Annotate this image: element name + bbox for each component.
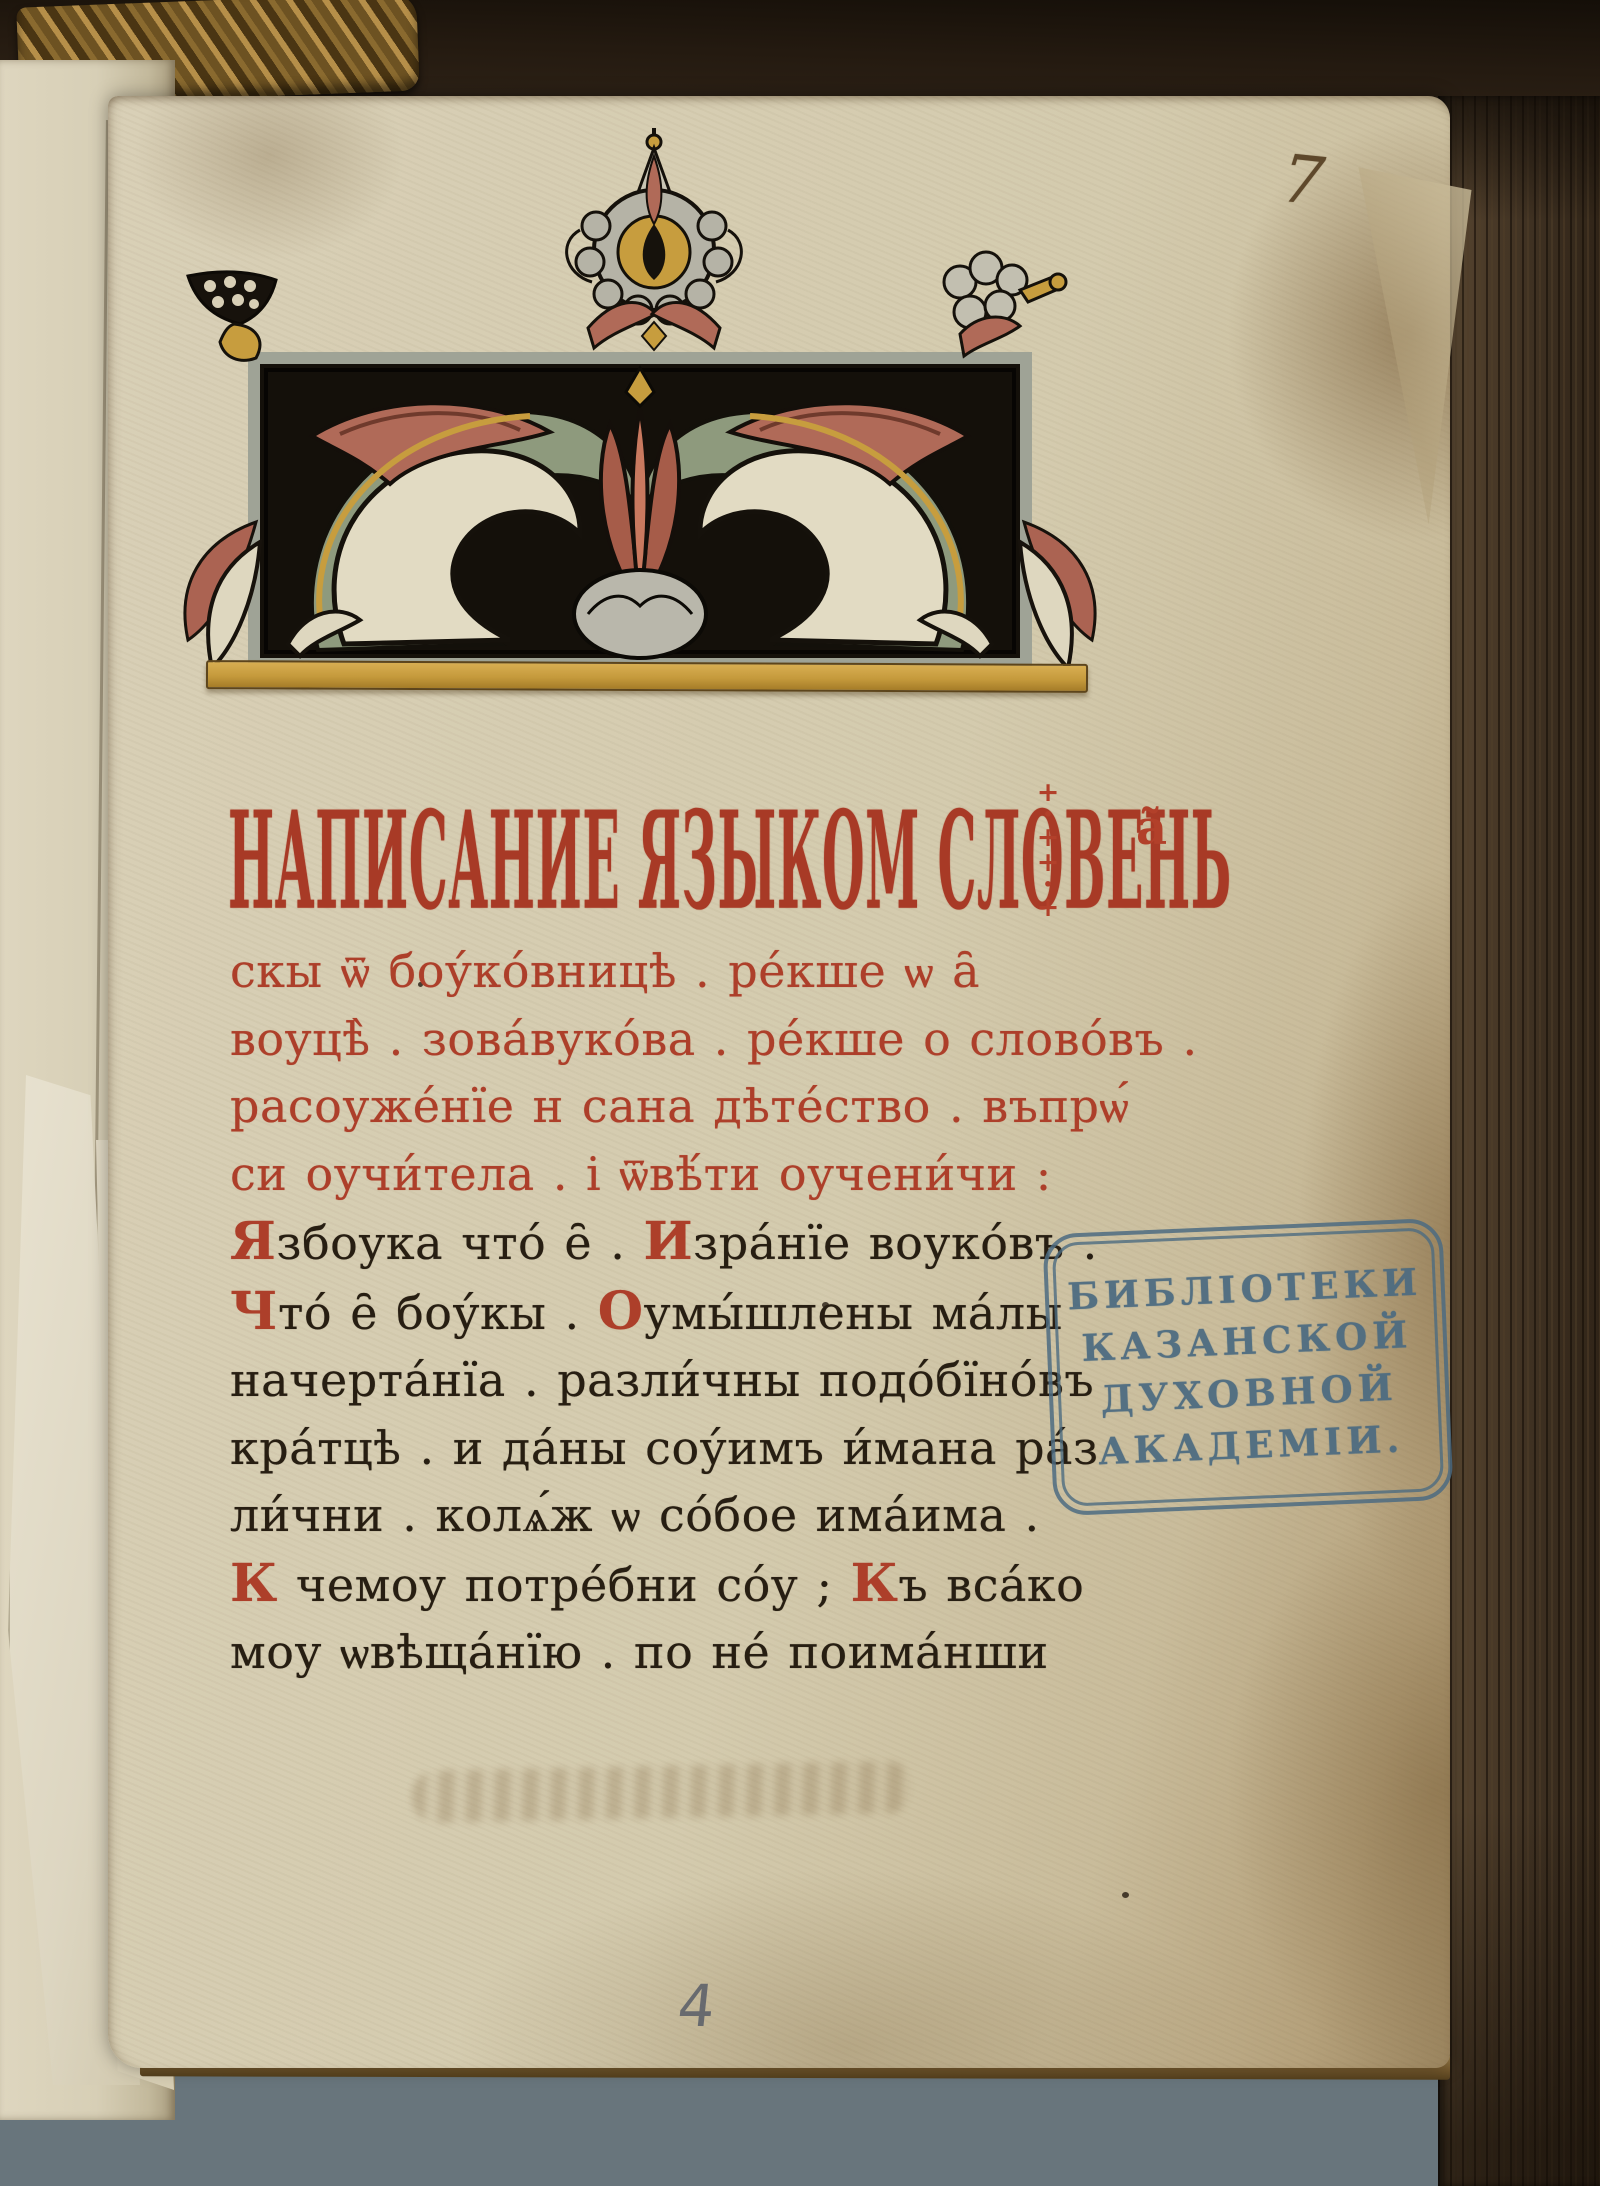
title-cross-column: +•++•+ [1028, 780, 1068, 920]
library-stamp-line: БИБЛІОТЕКИ [1067, 1260, 1423, 1319]
manuscript-line: Язбоука что́ е̑ . Изра́нїе воуко́въ . [230, 1208, 1110, 1278]
manuscript-line: скы ѿ боу́ко́вницѣ . ре́кше ѡ а̑ [230, 938, 1110, 1006]
manuscript-line: начерта́нїа . разли́чны подо́бїно́въ [230, 1347, 1110, 1415]
headpiece-right-leaf-tuft [1016, 512, 1120, 680]
manuscript-line: кра́тцѣ . и да́ны соу́имъ и́мана ра́з [230, 1415, 1110, 1483]
headpiece-panel-ornament [248, 352, 1032, 670]
faded-inscription-smudge [412, 1761, 913, 1823]
library-stamp-line: АКАДЕМІИ. [1097, 1417, 1405, 1474]
manuscript-line: си оучи́тела . і ѿвѣ́ти оучени́чи : [230, 1141, 1110, 1209]
library-stamp-line: ДУХОВНОЙ [1100, 1365, 1399, 1421]
ink-fleck [1122, 1892, 1129, 1898]
manuscript-line: К чемоу потре́бни со́у ; Къ вса́ко [230, 1550, 1110, 1620]
manuscript-line: моу ѡвѣща́нїю . по не́ поима́нши [230, 1619, 1110, 1687]
manuscript-line: ли́чни . колѧ́ж ѡ со́бое има́има . [230, 1482, 1110, 1550]
manuscript-scan-page: { "folio": { "top_right_number": "7", "b… [0, 0, 1600, 2186]
vyaz-title: НАПИСАНИЕ ЯЗЫКОМ СЛОВЕНЬ [228, 784, 1232, 941]
manuscript-line: расоуже́нїе н сана дѣте́ство . въпрѡ́ [230, 1073, 1110, 1141]
title-cross-glyph: + [1037, 895, 1060, 920]
headpiece-gold-base-bar [206, 660, 1088, 693]
chapter-number-mark: а̃ [1136, 800, 1167, 856]
library-stamp-line: КАЗАНСКОЙ [1081, 1312, 1413, 1370]
title-cross-glyph: + [1037, 850, 1060, 875]
page-block-fore-edge [1438, 96, 1600, 2186]
library-stamp-inner-border: БИБЛІОТЕКИКАЗАНСКОЙДУХОВНОЙАКАДЕМІИ. [1052, 1227, 1445, 1507]
title-cross-glyph: + [1037, 780, 1060, 805]
manuscript-line: Что́ е̑ боу́кы . Оумы́шлены ма́лы [230, 1278, 1110, 1348]
folio-number-pencil: 4 [674, 1972, 718, 2040]
headpiece-left-leaf-tuft [160, 512, 264, 680]
library-stamp: БИБЛІОТЕКИКАЗАНСКОЙДУХОВНОЙАКАДЕМІИ. [1042, 1218, 1453, 1517]
manuscript-line: воуцѣ̀ . зова́вуко́ва . ре́кше о слово́в… [230, 1006, 1110, 1074]
text-block: скы ѿ боу́ко́вницѣ . ре́кше ѡ а̑воуцѣ̀ .… [230, 938, 1110, 1687]
folio-number-ink: 7 [1278, 140, 1328, 221]
headpiece-left-finial [180, 266, 292, 374]
headpiece-right-finial [916, 238, 1072, 372]
headpiece-crest-ornament [538, 122, 770, 366]
